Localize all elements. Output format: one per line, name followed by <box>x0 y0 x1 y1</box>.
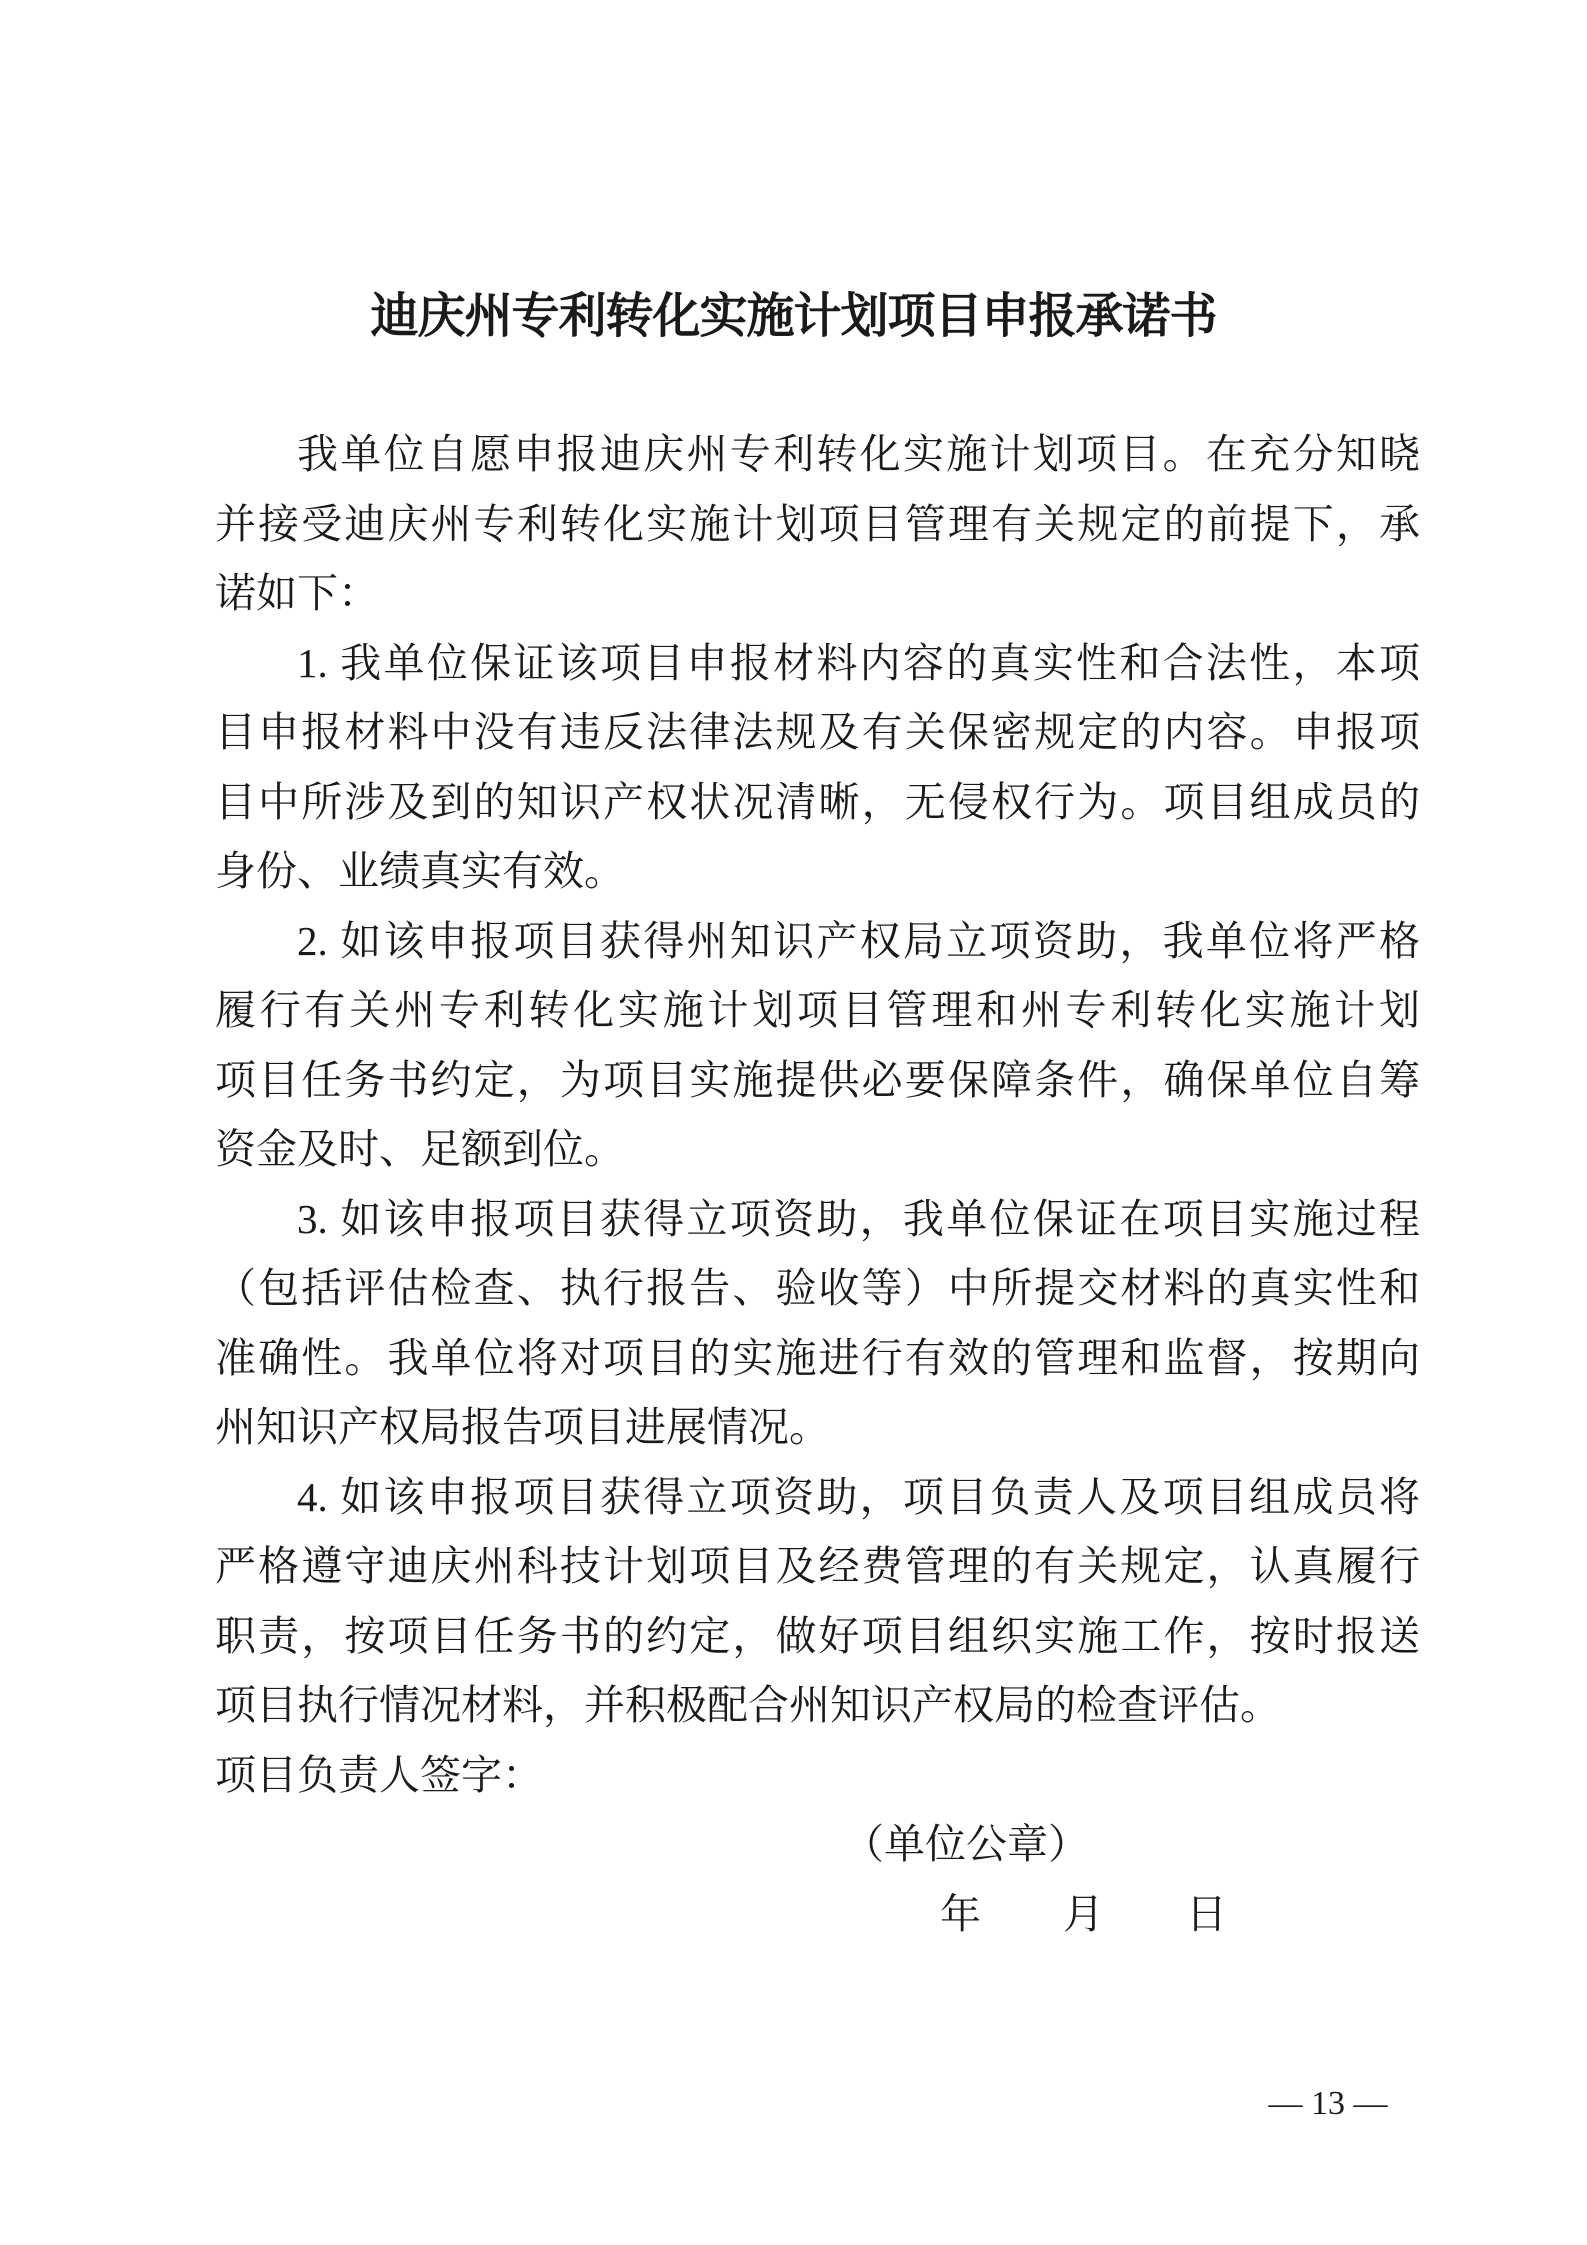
body-line-item-1-2: 目申报材料中没有违反法律法规及有关保密规定的内容。申报项 <box>215 698 1420 768</box>
body-line-item-4-4: 项目执行情况材料，并积极配合州知识产权局的检查评估。 <box>215 1671 1420 1741</box>
body-line-item-1-4: 身份、业绩真实有效。 <box>215 837 1420 907</box>
body-line-item-3-3: 准确性。我单位将对项目的实施进行有效的管理和监督，按期向 <box>215 1324 1420 1394</box>
body-line-item-4-1: 4. 如该申报项目获得立项资助，项目负责人及项目组成员将 <box>215 1463 1420 1533</box>
body-paragraphs: 我单位自愿申报迪庆州专利转化实施计划项目。在充分知晓并接受迪庆州专利转化实施计划… <box>215 420 1420 1741</box>
body-line-item-2-2: 履行有关州专利转化实施计划项目管理和州专利转化实施计划 <box>215 976 1420 1046</box>
body-line-intro-3: 诺如下： <box>215 559 1420 629</box>
body-line-item-2-4: 资金及时、足额到位。 <box>215 1115 1420 1185</box>
body-line-item-1-3: 目中所涉及到的知识产权状况清晰，无侵权行为。项目组成员的 <box>215 768 1420 838</box>
body-line-item-3-4: 州知识产权局报告项目进展情况。 <box>215 1393 1420 1463</box>
body-line-item-2-3: 项目任务书约定，为项目实施提供必要保障条件，确保单位自筹 <box>215 1046 1420 1116</box>
document-body: 我单位自愿申报迪庆州专利转化实施计划项目。在充分知晓并接受迪庆州专利转化实施计划… <box>215 420 1420 1949</box>
document-page: 迪庆州专利转化实施计划项目申报承诺书 我单位自愿申报迪庆州专利转化实施计划项目。… <box>0 0 1587 2245</box>
signature-label: 项目负责人签字： <box>215 1741 1420 1811</box>
body-line-intro-1: 我单位自愿申报迪庆州专利转化实施计划项目。在充分知晓 <box>215 420 1420 490</box>
document-title: 迪庆州专利转化实施计划项目申报承诺书 <box>0 277 1587 346</box>
body-line-item-2-1: 2. 如该申报项目获得州知识产权局立项资助，我单位将严格 <box>215 907 1420 977</box>
date-label: 年 月 日 <box>215 1880 1420 1950</box>
body-line-item-3-2: （包括评估检查、执行报告、验收等）中所提交材料的真实性和 <box>215 1254 1420 1324</box>
body-line-item-1-1: 1. 我单位保证该项目申报材料内容的真实性和合法性，本项 <box>215 629 1420 699</box>
page-number: — 13 — <box>1258 2085 1398 2123</box>
body-line-item-4-2: 严格遵守迪庆州科技计划项目及经费管理的有关规定，认真履行 <box>215 1532 1420 1602</box>
body-line-intro-2: 并接受迪庆州专利转化实施计划项目管理有关规定的前提下，承 <box>215 490 1420 560</box>
seal-label: （单位公章） <box>215 1810 1420 1880</box>
body-line-item-3-1: 3. 如该申报项目获得立项资助，我单位保证在项目实施过程 <box>215 1185 1420 1255</box>
body-line-item-4-3: 职责，按项目任务书的约定，做好项目组织实施工作，按时报送 <box>215 1602 1420 1672</box>
